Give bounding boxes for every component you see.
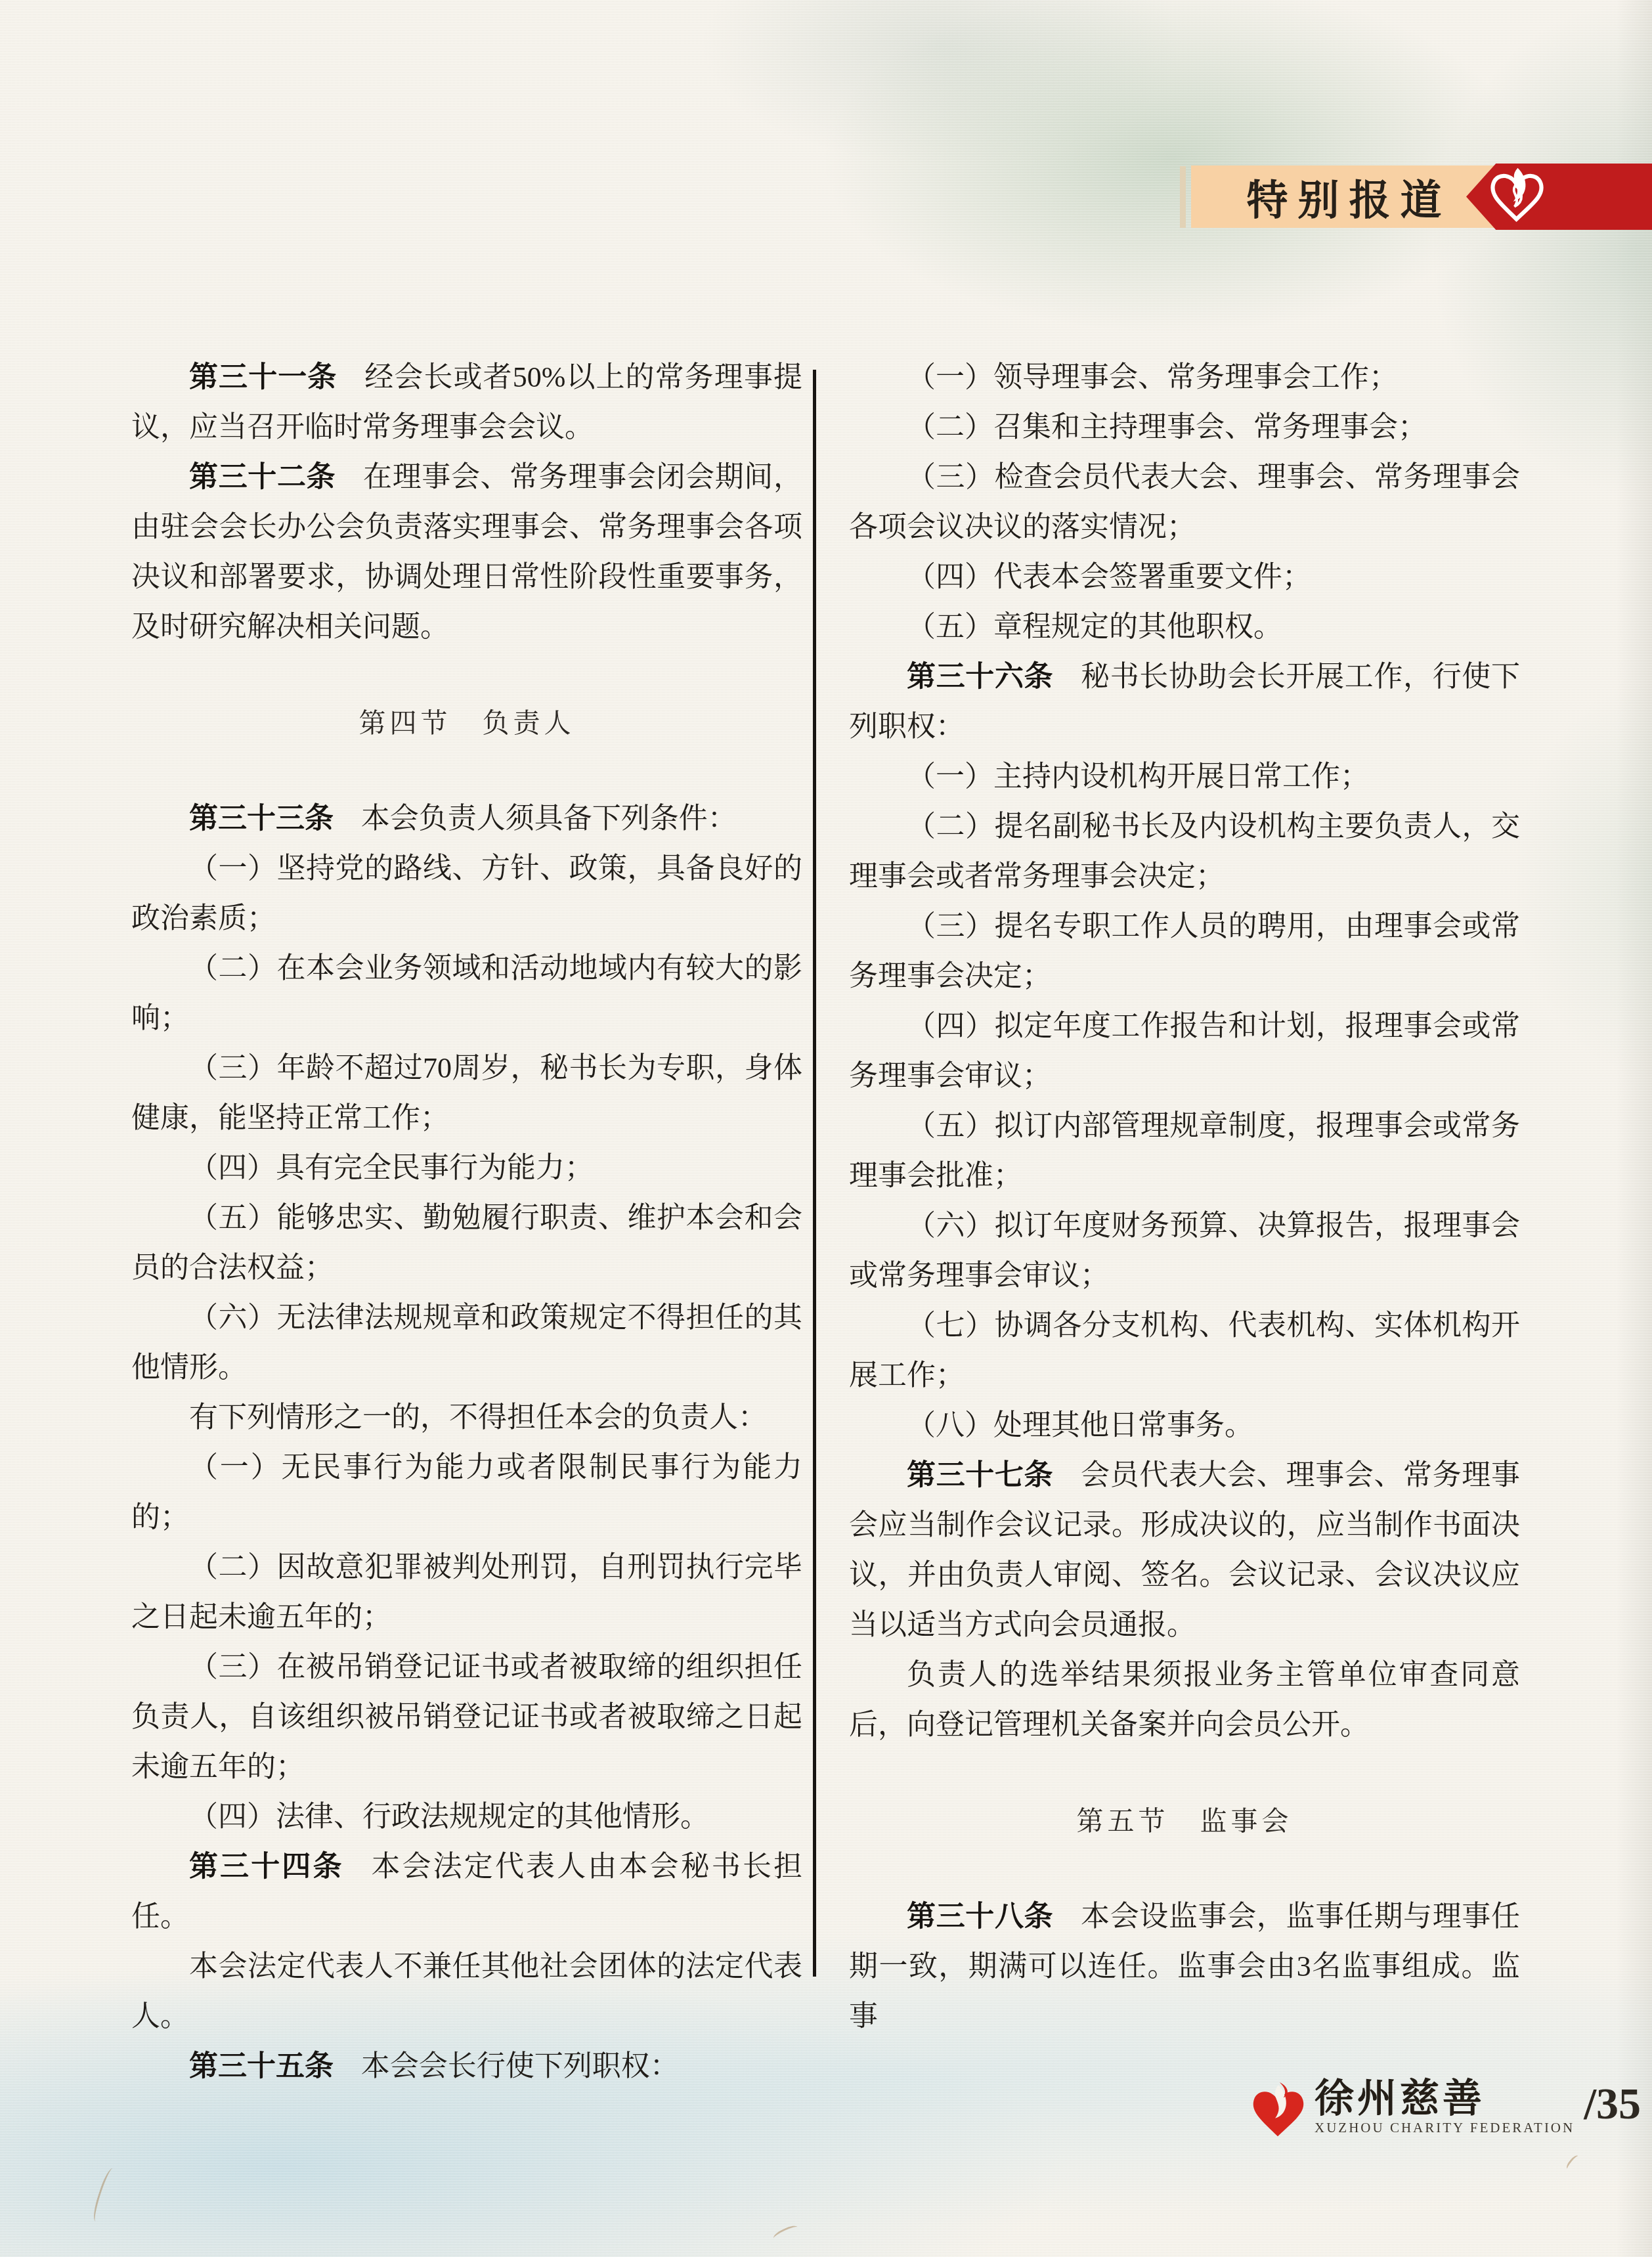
list-item: （四）代表本会签署重要文件； bbox=[849, 552, 1520, 602]
list-item: （一）主持内设机构开展日常工作； bbox=[849, 752, 1520, 802]
article-number: 第三十二条 bbox=[189, 461, 336, 493]
body-paragraph: 有下列情形之一的，不得担任本会的负责人： bbox=[131, 1393, 802, 1443]
list-item: （二）因故意犯罪被判处刑罚，自刑罚执行完毕之日起未逾五年的； bbox=[131, 1543, 802, 1642]
article-text: 本会负责人须具备下列条件： bbox=[361, 802, 737, 835]
brand-name-en: XUZHOU CHARITY FEDERATION bbox=[1315, 2120, 1575, 2136]
list-item: （三）在被吊销登记证书或者被取缔的组织担任负责人，自该组织被吊销登记证书或者被取… bbox=[131, 1642, 802, 1792]
right-column: （一）领导理事会、常务理事会工作； （二）召集和主持理事会、常务理事会； （三）… bbox=[849, 353, 1520, 2042]
section-heading: 第五节 监事会 bbox=[849, 1796, 1520, 1846]
article-number: 第三十六条 bbox=[907, 661, 1053, 693]
left-column: 第三十一条经会长或者50%以上的常务理事提议，应当召开临时常务理事会会议。 第三… bbox=[131, 353, 802, 2092]
list-item: （三）年龄不超过70周岁，秘书长为专职，身体健康，能坚持正常工作； bbox=[131, 1043, 802, 1143]
page-number: /35 bbox=[1584, 2075, 1641, 2132]
list-item: （七）协调各分支机构、代表机构、实体机构开展工作； bbox=[849, 1301, 1520, 1401]
paper-fiber-speck bbox=[772, 2224, 800, 2243]
list-item: （一）领导理事会、常务理事会工作； bbox=[849, 353, 1520, 403]
article-paragraph: 第三十三条本会负责人须具备下列条件： bbox=[131, 794, 802, 844]
magazine-page: 特别报道 第三十一条经会长或者50%以上的常务理事提议，应当召开临时常务理事会会… bbox=[0, 0, 1652, 2257]
article-paragraph: 第三十八条本会设监事会，监事任期与理事任期一致，期满可以连任。监事会由3名监事组… bbox=[849, 1892, 1520, 2042]
list-item: （五）章程规定的其他职权。 bbox=[849, 602, 1520, 652]
column-divider bbox=[813, 370, 816, 1977]
article-number: 第三十一条 bbox=[189, 361, 337, 393]
article-number: 第三十三条 bbox=[189, 802, 334, 835]
list-item: （五）拟订内部管理规章制度，报理事会或常务理事会批准； bbox=[849, 1101, 1520, 1201]
list-item: （一）坚持党的路线、方针、政策，具备良好的政治素质； bbox=[131, 844, 802, 944]
section-badge-title: 特别报道 bbox=[1247, 167, 1452, 227]
list-item: （二）召集和主持理事会、常务理事会； bbox=[849, 403, 1520, 452]
section-heading: 第四节 负责人 bbox=[131, 698, 802, 748]
article-number: 第三十五条 bbox=[189, 2050, 334, 2082]
body-paragraph: 本会法定代表人不兼任其他社会团体的法定代表人。 bbox=[131, 1942, 802, 2042]
list-item: （二）提名副秘书长及内设机构主要负责人，交理事会或者常务理事会决定； bbox=[849, 802, 1520, 902]
list-item: （六）拟订年度财务预算、决算报告，报理事会或常务理事会审议； bbox=[849, 1201, 1520, 1301]
footer-brand: 徐州慈善 XUZHOU CHARITY FEDERATION /35 bbox=[1246, 2075, 1641, 2154]
list-item: （八）处理其他日常事务。 bbox=[849, 1401, 1520, 1451]
list-item: （四）拟定年度工作报告和计划，报理事会或常务理事会审议； bbox=[849, 1001, 1520, 1101]
list-item: （四）具有完全民事行为能力； bbox=[131, 1143, 802, 1193]
article-paragraph: 第三十五条本会会长行使下列职权： bbox=[131, 2042, 802, 2092]
article-paragraph: 第三十四条本会法定代表人由本会秘书长担任。 bbox=[131, 1842, 802, 1942]
article-paragraph: 第三十六条秘书长协助会长开展工作，行使下列职权： bbox=[849, 652, 1520, 752]
article-paragraph: 第三十一条经会长或者50%以上的常务理事提议，应当召开临时常务理事会会议。 bbox=[131, 353, 802, 452]
list-item: （二）在本会业务领域和活动地域内有较大的影响； bbox=[131, 944, 802, 1043]
heart-flame-icon bbox=[1486, 165, 1548, 228]
list-item: （五）能够忠实、勤勉履行职责、维护本会和会员的合法权益； bbox=[131, 1193, 802, 1293]
list-item: （四）法律、行政法规规定的其他情形。 bbox=[131, 1792, 802, 1842]
badge-accent-strip bbox=[1180, 166, 1186, 228]
section-badge: 特别报道 bbox=[1191, 165, 1497, 228]
article-number: 第三十七条 bbox=[907, 1459, 1053, 1491]
article-number: 第三十四条 bbox=[189, 1851, 344, 1883]
article-paragraph: 第三十七条会员代表大会、理事会、常务理事会应当制作会议记录。形成决议的，应当制作… bbox=[849, 1451, 1520, 1650]
list-item: （三）提名专职工作人员的聘用，由理事会或常务理事会决定； bbox=[849, 902, 1520, 1001]
article-paragraph: 第三十二条在理事会、常务理事会闭会期间，由驻会会长办公会负责落实理事会、常务理事… bbox=[131, 452, 802, 652]
body-paragraph: 负责人的选举结果须报业务主管单位审查同意后，向登记管理机关备案并向会员公开。 bbox=[849, 1650, 1520, 1750]
heart-flame-logo-icon bbox=[1246, 2079, 1311, 2147]
list-item: （一）无民事行为能力或者限制民事行为能力的； bbox=[131, 1443, 802, 1543]
article-text: 本会会长行使下列职权： bbox=[361, 2050, 679, 2082]
article-number: 第三十八条 bbox=[907, 1900, 1053, 1933]
brand-name-cn: 徐州慈善 bbox=[1315, 2075, 1575, 2122]
paper-fiber-speck bbox=[90, 2166, 118, 2223]
list-item: （六）无法律法规规章和政策规定不得担任的其他情形。 bbox=[131, 1293, 802, 1393]
badge-red-banner bbox=[1466, 164, 1652, 230]
paper-fiber-speck bbox=[1565, 2154, 1581, 2172]
brand-text-block: 徐州慈善 XUZHOU CHARITY FEDERATION bbox=[1315, 2075, 1575, 2136]
list-item: （三）检查会员代表大会、理事会、常务理事会各项会议决议的落实情况； bbox=[849, 452, 1520, 552]
